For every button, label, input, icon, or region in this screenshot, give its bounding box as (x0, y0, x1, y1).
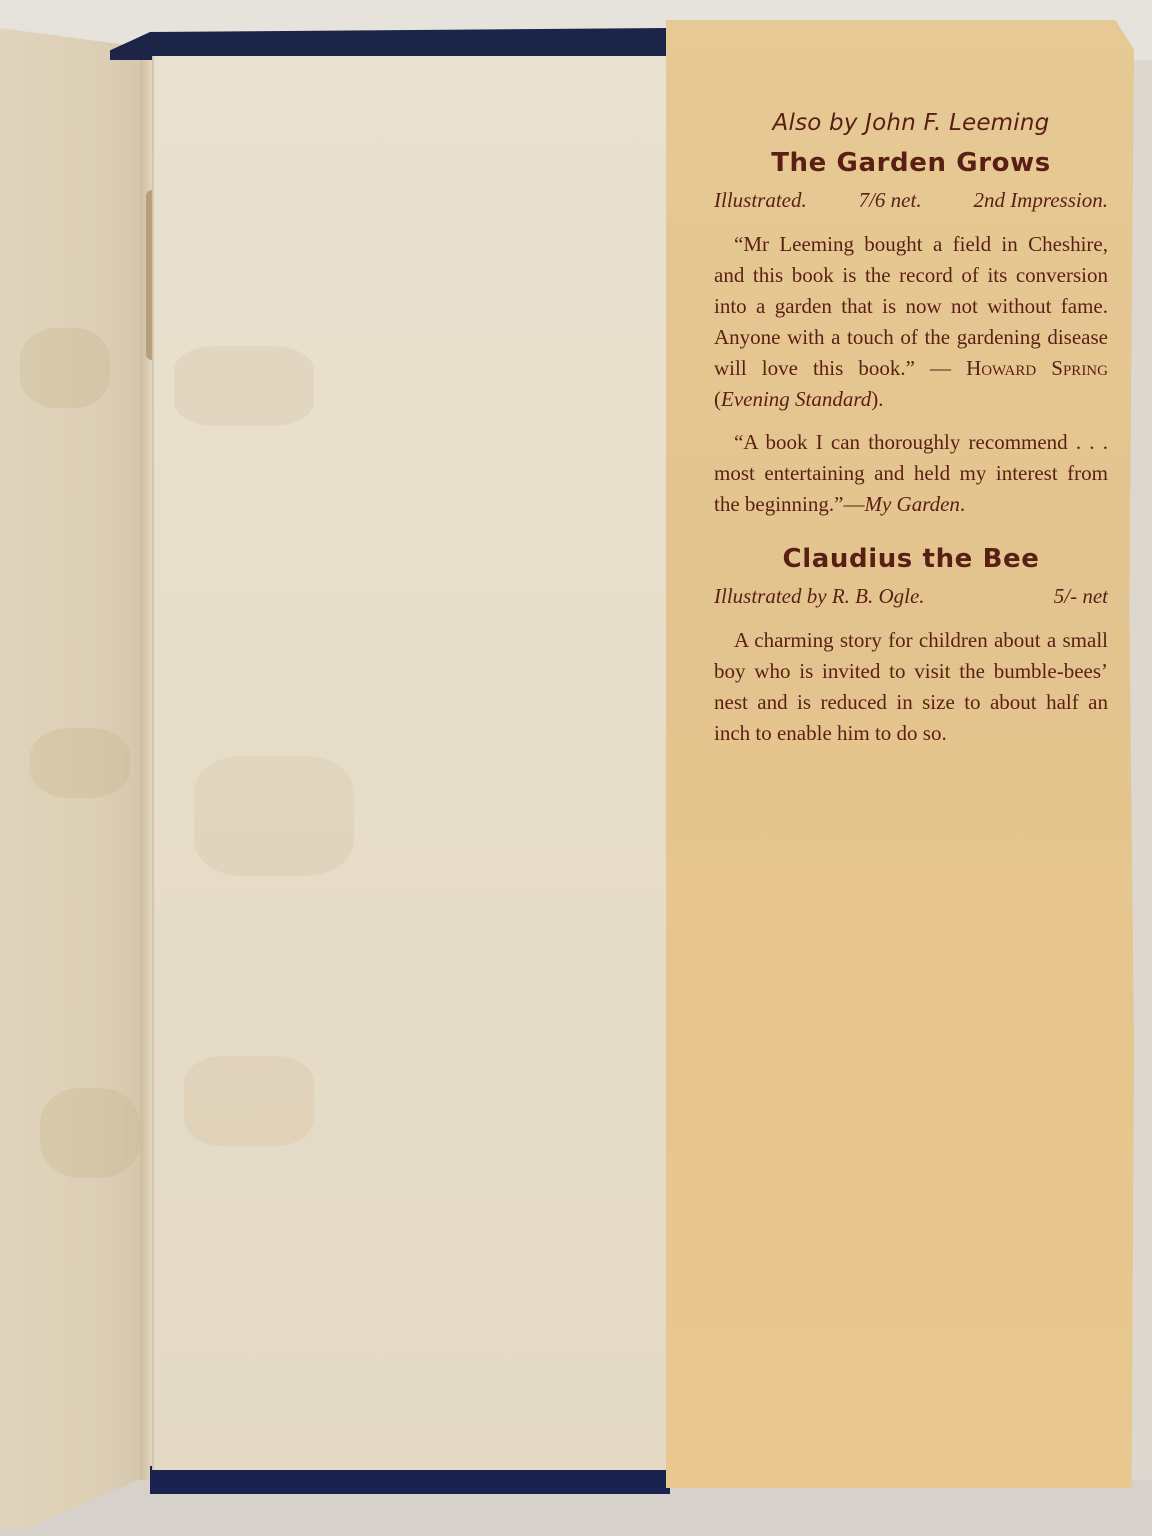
meta-impression: 2nd Impression. (973, 188, 1108, 213)
book-description-claudius: A charming story for children about a sm… (714, 625, 1108, 749)
also-by-heading: Also by John F. Leeming (714, 110, 1108, 136)
dust-jacket-flap: Also by John F. Leeming The Garden Grows… (666, 20, 1134, 1488)
quote-author: Howard Spring (966, 356, 1108, 380)
quote-source: Evening Standard (721, 387, 871, 411)
review-quote-1: “Mr Leeming bought a field in Cheshire, … (714, 229, 1108, 415)
book-meta-claudius: Illustrated by R. B. Ogle. 5/- net (714, 584, 1108, 609)
meta-price: 5/- net (1054, 584, 1108, 609)
meta-price: 7/6 net. (859, 188, 922, 213)
meta-illustrated: Illustrated. (714, 188, 807, 213)
flap-text: Also by John F. Leeming The Garden Grows… (714, 110, 1108, 761)
book-title-claudius-the-bee: Claudius the Bee (714, 544, 1108, 574)
book-meta-garden-grows: Illustrated. 7/6 net. 2nd Impression. (714, 188, 1108, 213)
quote-source: My Garden (864, 492, 959, 516)
meta-illustrator: Illustrated by R. B. Ogle. (714, 584, 925, 609)
review-quote-2: “A book I can thoroughly recommend . . .… (714, 427, 1108, 520)
front-endpaper (152, 56, 670, 1470)
book-title-garden-grows: The Garden Grows (714, 148, 1108, 178)
cloth-cover-bottom-edge (150, 1466, 670, 1494)
